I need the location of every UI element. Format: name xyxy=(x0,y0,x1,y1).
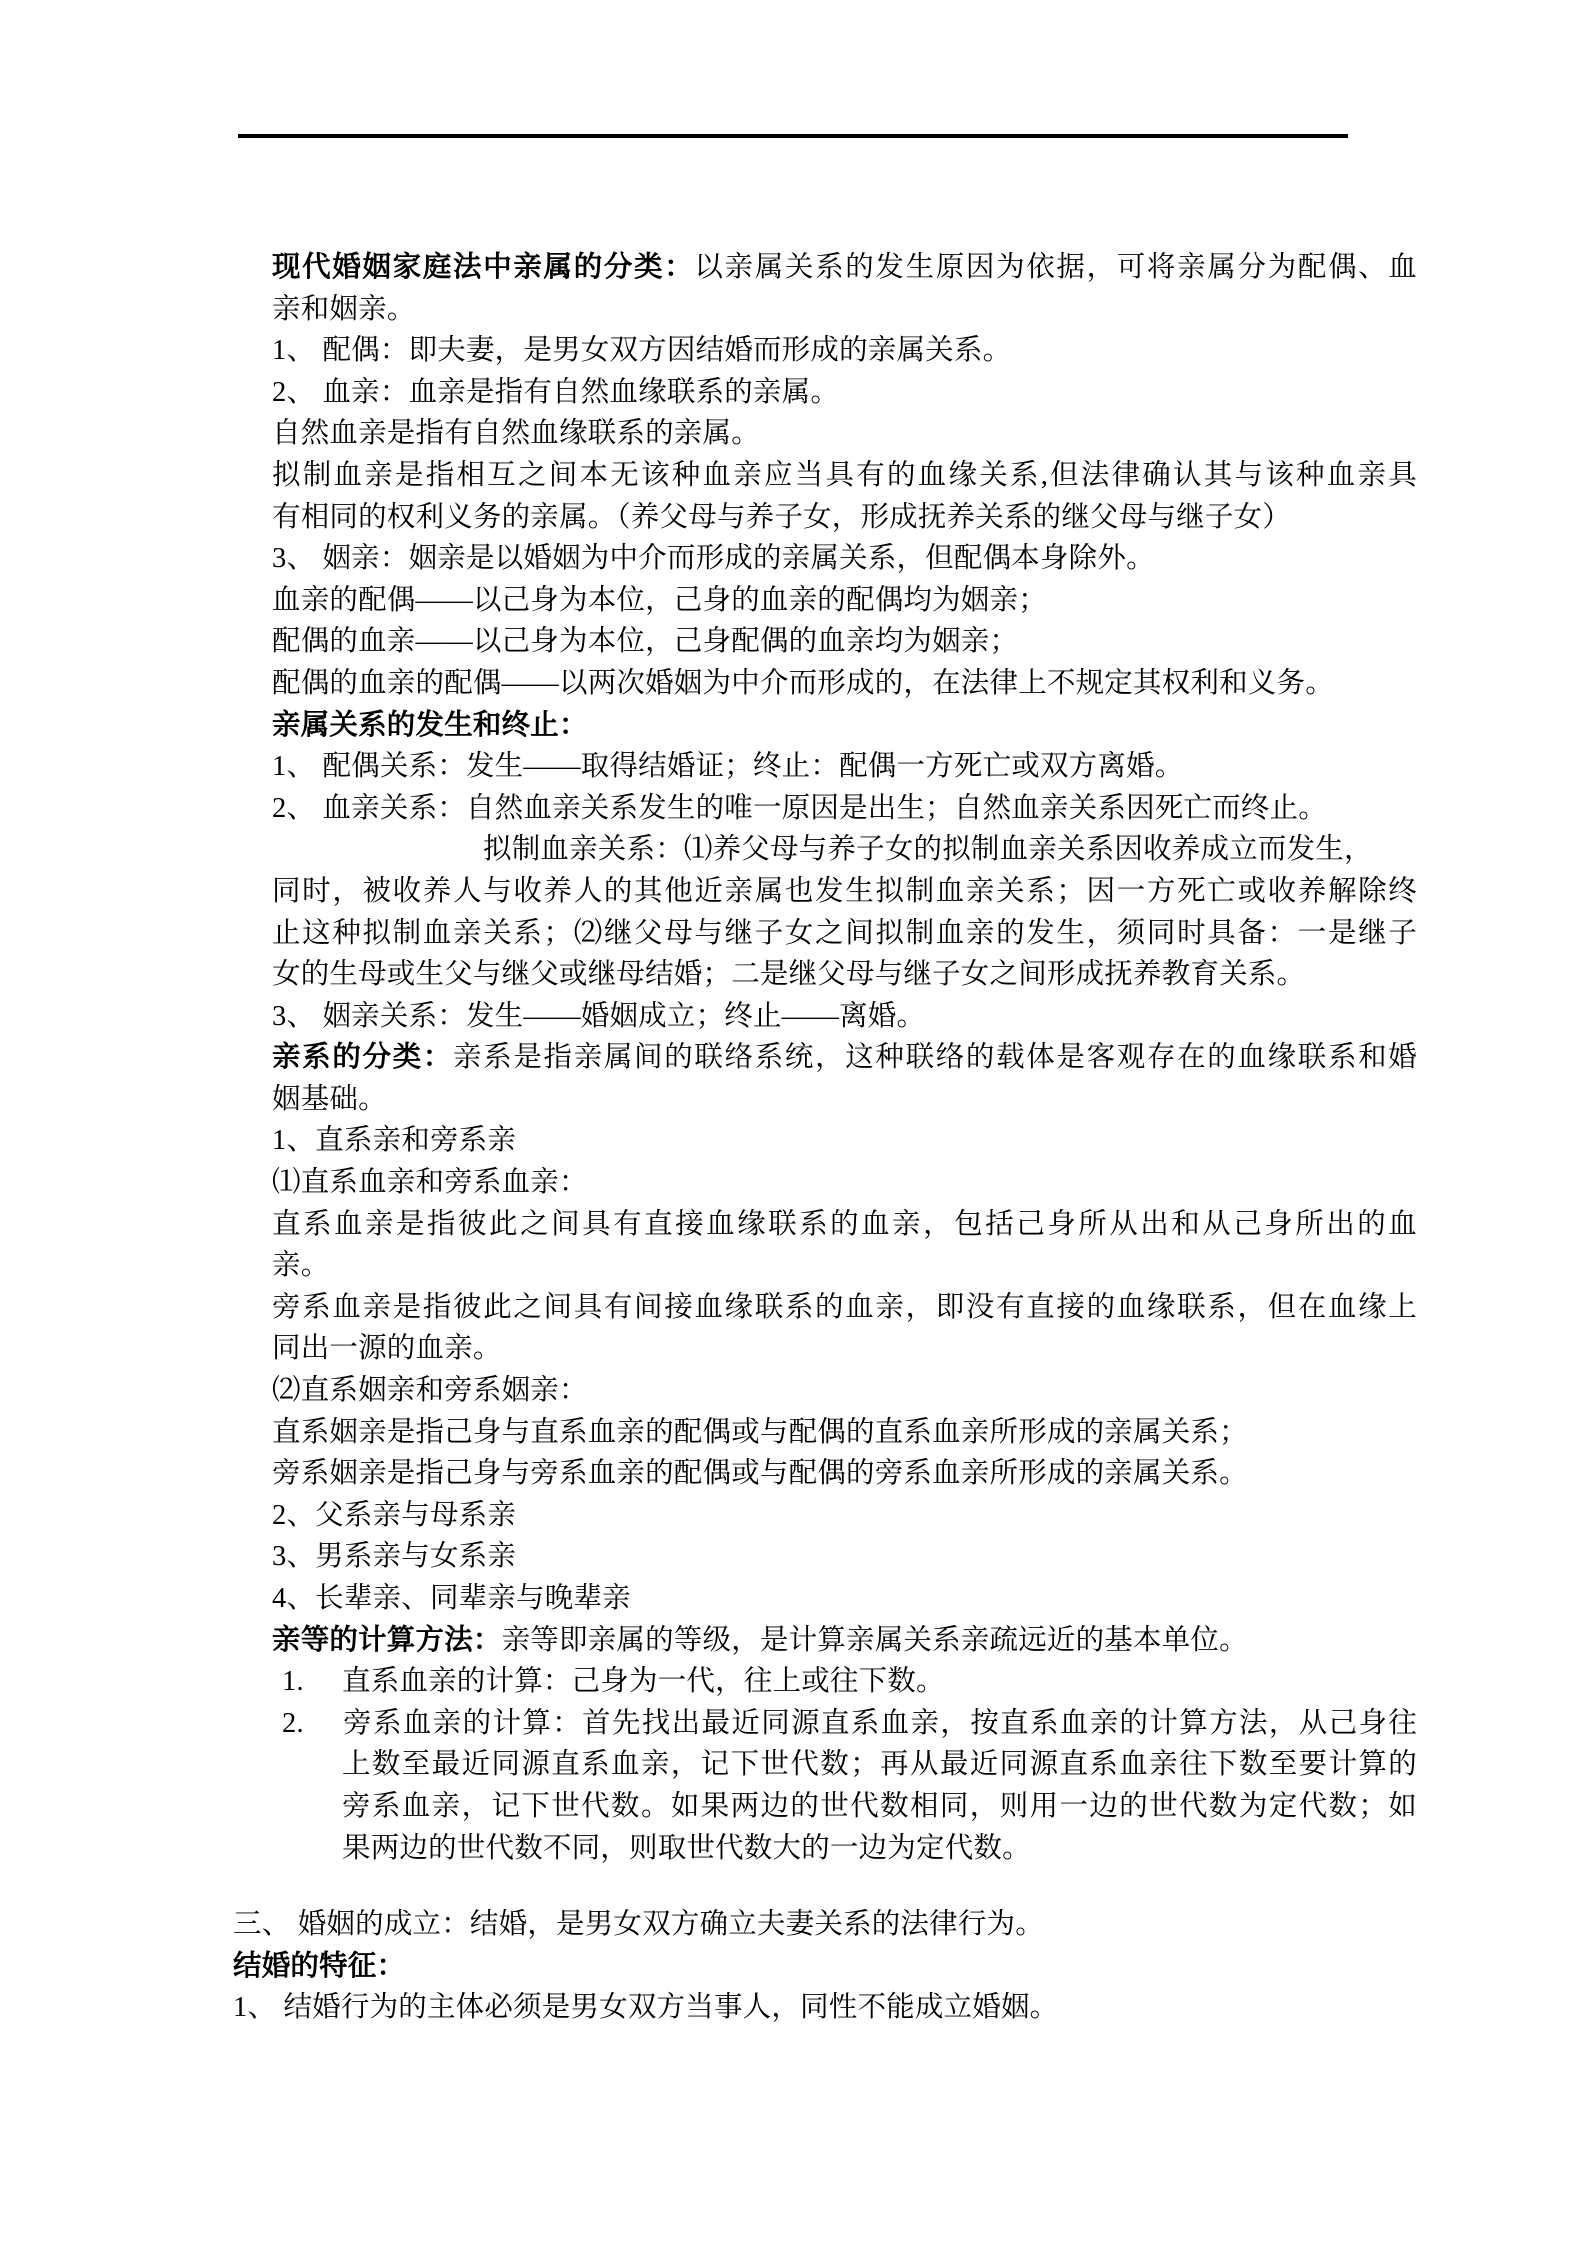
text-line: 2、 血亲：血亲是指有自然血缘联系的亲属。 xyxy=(272,372,1417,414)
text-line: 同出一源的血亲。 xyxy=(272,1328,1417,1370)
text-segment: 止这种拟制血亲关系；⑵继父母与继子女之间拟制血亲的发生，须同时具备：一是继子 xyxy=(272,918,1417,949)
text-segment: 3、 姻亲：姻亲是以婚姻为中介而形成的亲属关系，但配偶本身除外。 xyxy=(272,543,1155,574)
text-segment: 直系血亲是指彼此之间具有直接血缘联系的血亲，包括己身所从出和从己身所出的血 xyxy=(272,1209,1417,1240)
text-segment: 直系姻亲是指己身与直系血亲的配偶或与配偶的直系血亲所形成的亲属关系； xyxy=(272,1417,1248,1448)
text-segment: 亲和姻亲。 xyxy=(272,294,416,325)
text-segment: 亲等即亲属的等级，是计算亲属关系亲疏远近的基本单位。 xyxy=(502,1625,1248,1656)
text-line: 旁系血亲是指彼此之间具有间接血缘联系的血亲，即没有直接的血缘联系，但在血缘上 xyxy=(272,1287,1417,1329)
text-line: 亲。 xyxy=(272,1245,1417,1287)
text-segment: 亲。 xyxy=(272,1250,329,1281)
text-segment: 上数至最近同源直系血亲，记下世代数；再从最近同源直系血亲往下数至要计算的 xyxy=(342,1749,1417,1780)
text-line: 亲等的计算方法：亲等即亲属的等级，是计算亲属关系亲疏远近的基本单位。 xyxy=(272,1620,1417,1662)
text-line: 3、 姻亲关系：发生——婚姻成立；终止——离婚。 xyxy=(272,996,1417,1038)
text-line: 有相同的权利义务的亲属。（养父母与养子女，形成抚养关系的继父母与继子女） xyxy=(272,497,1417,539)
text-line: 女的生母或生父与继父或继母结婚；二是继父母与继子女之间形成抚养教育关系。 xyxy=(272,954,1417,996)
text-line: 2.旁系血亲的计算：首先找出最近同源直系血亲，按直系血亲的计算方法，从己身往 xyxy=(282,1703,1417,1745)
text-line: 直系姻亲是指己身与直系血亲的配偶或与配偶的直系血亲所形成的亲属关系； xyxy=(272,1412,1417,1454)
text-segment: 女的生母或生父与继父或继母结婚；二是继父母与继子女之间形成抚养教育关系。 xyxy=(272,959,1305,990)
text-segment: 3、 姻亲关系：发生——婚姻成立；终止——离婚。 xyxy=(272,1001,925,1032)
text-line: 拟制血亲是指相互之间本无该种血亲应当具有的血缘关系,但法律确认其与该种血亲具 xyxy=(272,455,1417,497)
text-line: 3、男系亲与女系亲 xyxy=(272,1536,1417,1578)
text-line: 1.直系血亲的计算：己身为一代，往上或往下数。 xyxy=(282,1661,1417,1703)
text-segment: 同出一源的血亲。 xyxy=(272,1333,502,1364)
text-segment: 拟制血亲关系：⑴养父母与养子女的拟制血亲关系因收养成立而发生， xyxy=(483,834,1373,865)
text-segment: 以亲属关系的发生原因为依据，可将亲属分为配偶、血 xyxy=(694,252,1417,283)
text-segment: 血亲的配偶——以己身为本位，己身的血亲的配偶均为姻亲； xyxy=(272,585,1047,616)
text-line: 配偶的血亲的配偶——以两次婚姻为中介而形成的，在法律上不规定其权利和义务。 xyxy=(272,663,1417,705)
text-segment: 姻基础。 xyxy=(272,1084,387,1115)
text-line: 亲系的分类：亲系是指亲属间的联络系统，这种联络的载体是客观存在的血缘联系和婚 xyxy=(272,1037,1417,1079)
text-line: 三、 婚姻的成立：结婚，是男女双方确立夫妻关系的法律行为。 xyxy=(233,1904,1417,1946)
text-segment: 直系血亲的计算：己身为一代，往上或往下数。 xyxy=(342,1666,945,1697)
text-line: 直系血亲是指彼此之间具有直接血缘联系的血亲，包括己身所从出和从己身所出的血 xyxy=(272,1204,1417,1246)
text-line: 结婚的特征： xyxy=(233,1946,1417,1988)
list-number: 1. xyxy=(282,1661,342,1703)
text-segment: 亲系是指亲属间的联络系统，这种联络的载体是客观存在的血缘联系和婚 xyxy=(453,1042,1417,1073)
text-line: 旁系姻亲是指己身与旁系血亲的配偶或与配偶的旁系血亲所形成的亲属关系。 xyxy=(272,1453,1417,1495)
list-number: 2. xyxy=(282,1703,342,1745)
text-segment: 自然血亲是指有自然血缘联系的亲属。 xyxy=(272,418,760,449)
text-line: 血亲的配偶——以己身为本位，己身的血亲的配偶均为姻亲； xyxy=(272,580,1417,622)
text-segment: 1、直系亲和旁系亲 xyxy=(272,1125,516,1156)
text-line: 现代婚姻家庭法中亲属的分类：以亲属关系的发生原因为依据，可将亲属分为配偶、血 xyxy=(272,247,1417,289)
text-line: 自然血亲是指有自然血缘联系的亲属。 xyxy=(272,413,1417,455)
text-segment: 拟制血亲是指相互之间本无该种血亲应当具有的血缘关系,但法律确认其与该种血亲具 xyxy=(272,460,1417,491)
text-segment: 亲系的分类： xyxy=(272,1042,453,1073)
text-segment: 亲属关系的发生和终止： xyxy=(272,710,588,741)
text-line: 1、 结婚行为的主体必须是男女双方当事人，同性不能成立婚姻。 xyxy=(233,1987,1417,2029)
text-segment: 3、男系亲与女系亲 xyxy=(272,1541,516,1572)
text-segment: 现代婚姻家庭法中亲属的分类： xyxy=(272,252,694,283)
text-segment: 旁系姻亲是指己身与旁系血亲的配偶或与配偶的旁系血亲所形成的亲属关系。 xyxy=(272,1458,1248,1489)
text-segment: 旁系血亲是指彼此之间具有间接血缘联系的血亲，即没有直接的血缘联系，但在血缘上 xyxy=(272,1292,1417,1323)
text-line: 亲属关系的发生和终止： xyxy=(272,705,1417,747)
text-segment: ⑵直系姻亲和旁系姻亲： xyxy=(272,1375,588,1406)
text-line: 1、 配偶关系：发生——取得结婚证；终止：配偶一方死亡或双方离婚。 xyxy=(272,746,1417,788)
text-segment: ⑴直系血亲和旁系血亲： xyxy=(272,1167,588,1198)
text-segment: 果两边的世代数不同，则取世代数大的一边为定代数。 xyxy=(342,1833,1031,1864)
text-line: 果两边的世代数不同，则取世代数大的一边为定代数。 xyxy=(342,1828,1417,1870)
text-line: ⑵直系姻亲和旁系姻亲： xyxy=(272,1370,1417,1412)
text-segment: 2、 血亲：血亲是指有自然血缘联系的亲属。 xyxy=(272,377,839,408)
text-segment: 三、 婚姻的成立：结婚，是男女双方确立夫妻关系的法律行为。 xyxy=(233,1909,1044,1940)
text-line: 旁系血亲，记下世代数。如果两边的世代数相同，则用一边的世代数为定代数；如 xyxy=(342,1786,1417,1828)
text-segment: 2、父系亲与母系亲 xyxy=(272,1500,516,1531)
text-line: 1、直系亲和旁系亲 xyxy=(272,1120,1417,1162)
text-segment: 旁系血亲的计算：首先找出最近同源直系血亲，按直系血亲的计算方法，从己身往 xyxy=(342,1708,1417,1739)
paragraph-spacer xyxy=(0,1869,1587,1904)
text-line: 2、 血亲关系：自然血亲关系发生的唯一原因是出生；自然血亲关系因死亡而终止。 xyxy=(272,788,1417,830)
text-segment: 4、长辈亲、同辈亲与晚辈亲 xyxy=(272,1583,631,1614)
text-segment: 亲等的计算方法： xyxy=(272,1625,502,1656)
text-segment: 有相同的权利义务的亲属。（养父母与养子女，形成抚养关系的继父母与继子女） xyxy=(272,502,1291,533)
header-rule xyxy=(238,134,1348,138)
text-line: 姻基础。 xyxy=(272,1079,1417,1121)
text-line: 1、 配偶：即夫妻，是男女双方因结婚而形成的亲属关系。 xyxy=(272,330,1417,372)
text-line: 上数至最近同源直系血亲，记下世代数；再从最近同源直系血亲往下数至要计算的 xyxy=(342,1744,1417,1786)
document-page: 现代婚姻家庭法中亲属的分类：以亲属关系的发生原因为依据，可将亲属分为配偶、血亲和… xyxy=(0,0,1587,2245)
text-segment: 结婚的特征： xyxy=(233,1951,405,1982)
text-segment: 旁系血亲，记下世代数。如果两边的世代数相同，则用一边的世代数为定代数；如 xyxy=(342,1791,1417,1822)
document-body: 现代婚姻家庭法中亲属的分类：以亲属关系的发生原因为依据，可将亲属分为配偶、血亲和… xyxy=(0,247,1587,2029)
text-segment: 2、 血亲关系：自然血亲关系发生的唯一原因是出生；自然血亲关系因死亡而终止。 xyxy=(272,793,1327,824)
text-segment: 1、 配偶：即夫妻，是男女双方因结婚而形成的亲属关系。 xyxy=(272,335,1011,366)
text-segment: 配偶的血亲——以己身为本位，己身配偶的血亲均为姻亲； xyxy=(272,626,1018,657)
text-line: 配偶的血亲——以己身为本位，己身配偶的血亲均为姻亲； xyxy=(272,621,1417,663)
text-line: 4、长辈亲、同辈亲与晚辈亲 xyxy=(272,1578,1417,1620)
text-segment: 1、 配偶关系：发生——取得结婚证；终止：配偶一方死亡或双方离婚。 xyxy=(272,751,1183,782)
text-line: 止这种拟制血亲关系；⑵继父母与继子女之间拟制血亲的发生，须同时具备：一是继子 xyxy=(272,913,1417,955)
text-segment: 同时，被收养人与收养人的其他近亲属也发生拟制血亲关系；因一方死亡或收养解除终 xyxy=(272,876,1417,907)
text-line: 拟制血亲关系：⑴养父母与养子女的拟制血亲关系因收养成立而发生， xyxy=(483,829,1417,871)
text-line: 2、父系亲与母系亲 xyxy=(272,1495,1417,1537)
text-segment: 1、 结婚行为的主体必须是男女双方当事人，同性不能成立婚姻。 xyxy=(233,1992,1058,2023)
text-line: 3、 姻亲：姻亲是以婚姻为中介而形成的亲属关系，但配偶本身除外。 xyxy=(272,538,1417,580)
text-line: ⑴直系血亲和旁系血亲： xyxy=(272,1162,1417,1204)
text-segment: 配偶的血亲的配偶——以两次婚姻为中介而形成的，在法律上不规定其权利和义务。 xyxy=(272,668,1334,699)
text-line: 亲和姻亲。 xyxy=(272,289,1417,331)
text-line: 同时，被收养人与收养人的其他近亲属也发生拟制血亲关系；因一方死亡或收养解除终 xyxy=(272,871,1417,913)
